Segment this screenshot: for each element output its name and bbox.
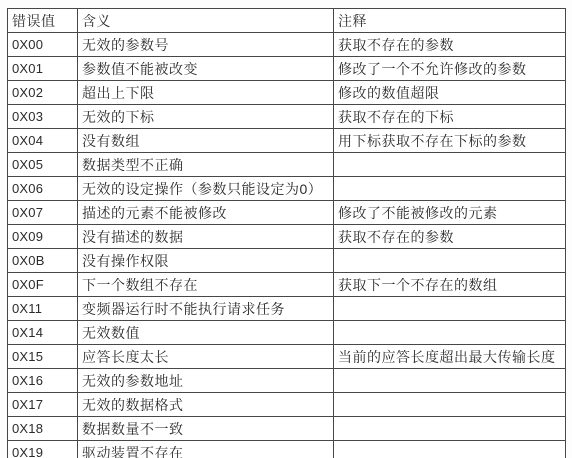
note-cell [334,249,566,273]
error-code-cell: 0X07 [8,201,78,225]
meaning-cell: 无效数值 [78,321,334,345]
table-row: 0X18数据数量不一致 [8,417,566,441]
note-cell: 获取不存在的下标 [334,105,566,129]
meaning-cell: 没有描述的数据 [78,225,334,249]
error-code-cell: 0X06 [8,177,78,201]
meaning-cell: 无效的数据格式 [78,393,334,417]
error-code-cell: 0X11 [8,297,78,321]
note-cell: 获取下一个不存在的数组 [334,273,566,297]
meaning-cell: 无效的下标 [78,105,334,129]
table-row: 0X01参数值不能被改变修改了一个不允许修改的参数 [8,57,566,81]
note-cell: 获取不存在的参数 [334,225,566,249]
table-row: 0X15应答长度太长当前的应答长度超出最大传输长度 [8,345,566,369]
table-row: 0X09没有描述的数据获取不存在的参数 [8,225,566,249]
table-row: 0X11变频器运行时不能执行请求任务 [8,297,566,321]
meaning-cell: 数据类型不正确 [78,153,334,177]
error-code-cell: 0X00 [8,33,78,57]
note-cell [334,441,566,458]
note-cell: 获取不存在的参数 [334,33,566,57]
table-row: 0X03无效的下标获取不存在的下标 [8,105,566,129]
note-cell: 用下标获取不存在下标的参数 [334,129,566,153]
table-row: 0X07描述的元素不能被修改修改了不能被修改的元素 [8,201,566,225]
table-row: 0X02超出上下限修改的数值超限 [8,81,566,105]
table-header-row: 错误值 含义 注释 [8,9,566,33]
meaning-cell: 应答长度太长 [78,345,334,369]
error-code-cell: 0X03 [8,105,78,129]
note-cell [334,417,566,441]
error-code-table: 错误值 含义 注释 0X00无效的参数号获取不存在的参数0X01参数值不能被改变… [7,8,566,458]
note-cell: 修改的数值超限 [334,81,566,105]
note-cell [334,369,566,393]
error-code-cell: 0X15 [8,345,78,369]
meaning-cell: 参数值不能被改变 [78,57,334,81]
table-row: 0X17无效的数据格式 [8,393,566,417]
meaning-cell: 描述的元素不能被修改 [78,201,334,225]
meaning-cell: 没有操作权限 [78,249,334,273]
header-error-value: 错误值 [8,9,78,33]
error-code-table-container: 错误值 含义 注释 0X00无效的参数号获取不存在的参数0X01参数值不能被改变… [7,8,565,458]
header-meaning: 含义 [78,9,334,33]
table-row: 0X06无效的设定操作（参数只能设定为0） [8,177,566,201]
meaning-cell: 数据数量不一致 [78,417,334,441]
error-table-body: 0X00无效的参数号获取不存在的参数0X01参数值不能被改变修改了一个不允许修改… [8,33,566,458]
meaning-cell: 无效的参数地址 [78,369,334,393]
meaning-cell: 没有数组 [78,129,334,153]
meaning-cell: 无效的设定操作（参数只能设定为0） [78,177,334,201]
note-cell [334,153,566,177]
note-cell [334,393,566,417]
meaning-cell: 超出上下限 [78,81,334,105]
header-note: 注释 [334,9,566,33]
meaning-cell: 驱动装置不存在 [78,441,334,458]
note-cell: 当前的应答长度超出最大传输长度 [334,345,566,369]
error-code-cell: 0X14 [8,321,78,345]
meaning-cell: 变频器运行时不能执行请求任务 [78,297,334,321]
meaning-cell: 无效的参数号 [78,33,334,57]
note-cell: 修改了不能被修改的元素 [334,201,566,225]
table-row: 0X19驱动装置不存在 [8,441,566,458]
table-row: 0X14无效数值 [8,321,566,345]
error-code-cell: 0X09 [8,225,78,249]
error-code-cell: 0X19 [8,441,78,458]
table-row: 0X00无效的参数号获取不存在的参数 [8,33,566,57]
error-code-cell: 0X02 [8,81,78,105]
table-row: 0X0B没有操作权限 [8,249,566,273]
table-row: 0X04没有数组用下标获取不存在下标的参数 [8,129,566,153]
error-code-cell: 0X17 [8,393,78,417]
meaning-cell: 下一个数组不存在 [78,273,334,297]
error-code-cell: 0X18 [8,417,78,441]
note-cell: 修改了一个不允许修改的参数 [334,57,566,81]
error-code-cell: 0X05 [8,153,78,177]
error-code-cell: 0X0F [8,273,78,297]
error-code-cell: 0X16 [8,369,78,393]
error-code-cell: 0X01 [8,57,78,81]
table-row: 0X05数据类型不正确 [8,153,566,177]
error-code-cell: 0X04 [8,129,78,153]
note-cell [334,177,566,201]
table-row: 0X0F下一个数组不存在获取下一个不存在的数组 [8,273,566,297]
table-row: 0X16无效的参数地址 [8,369,566,393]
note-cell [334,297,566,321]
note-cell [334,321,566,345]
error-code-cell: 0X0B [8,249,78,273]
